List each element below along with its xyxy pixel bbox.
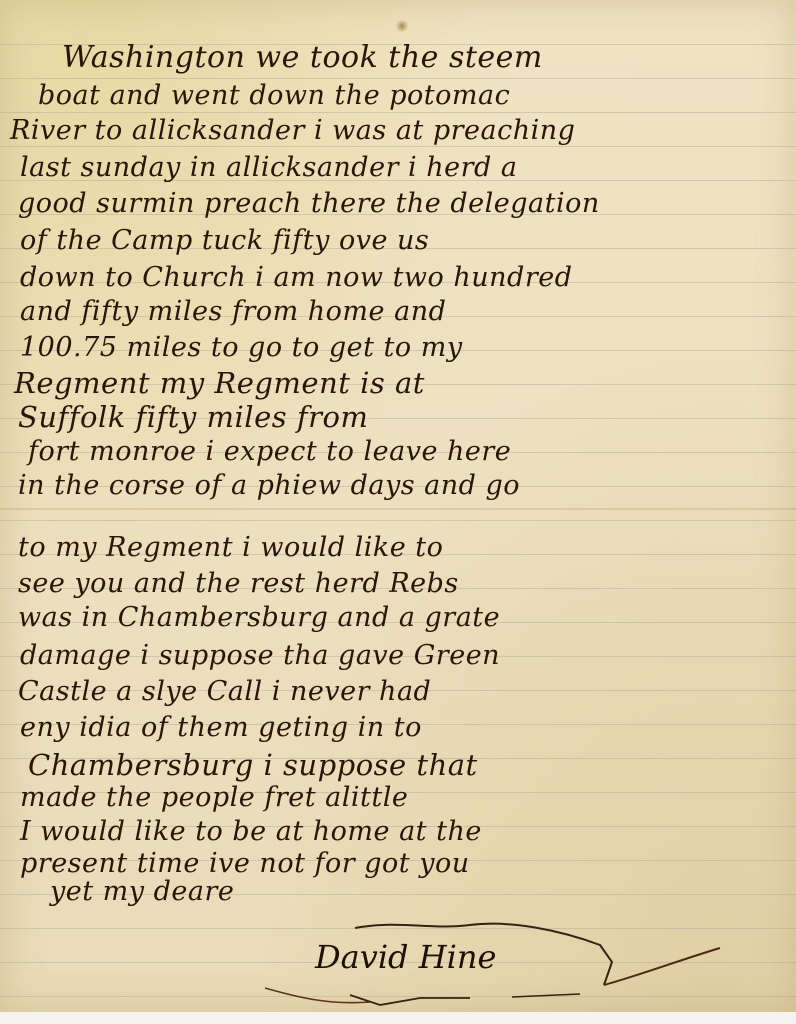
signature-flourish (0, 0, 796, 1012)
letter-page: Washington we took the steem boat and we… (0, 0, 796, 1012)
signature: David Hine (315, 938, 496, 976)
scan-margin (0, 1012, 796, 1024)
